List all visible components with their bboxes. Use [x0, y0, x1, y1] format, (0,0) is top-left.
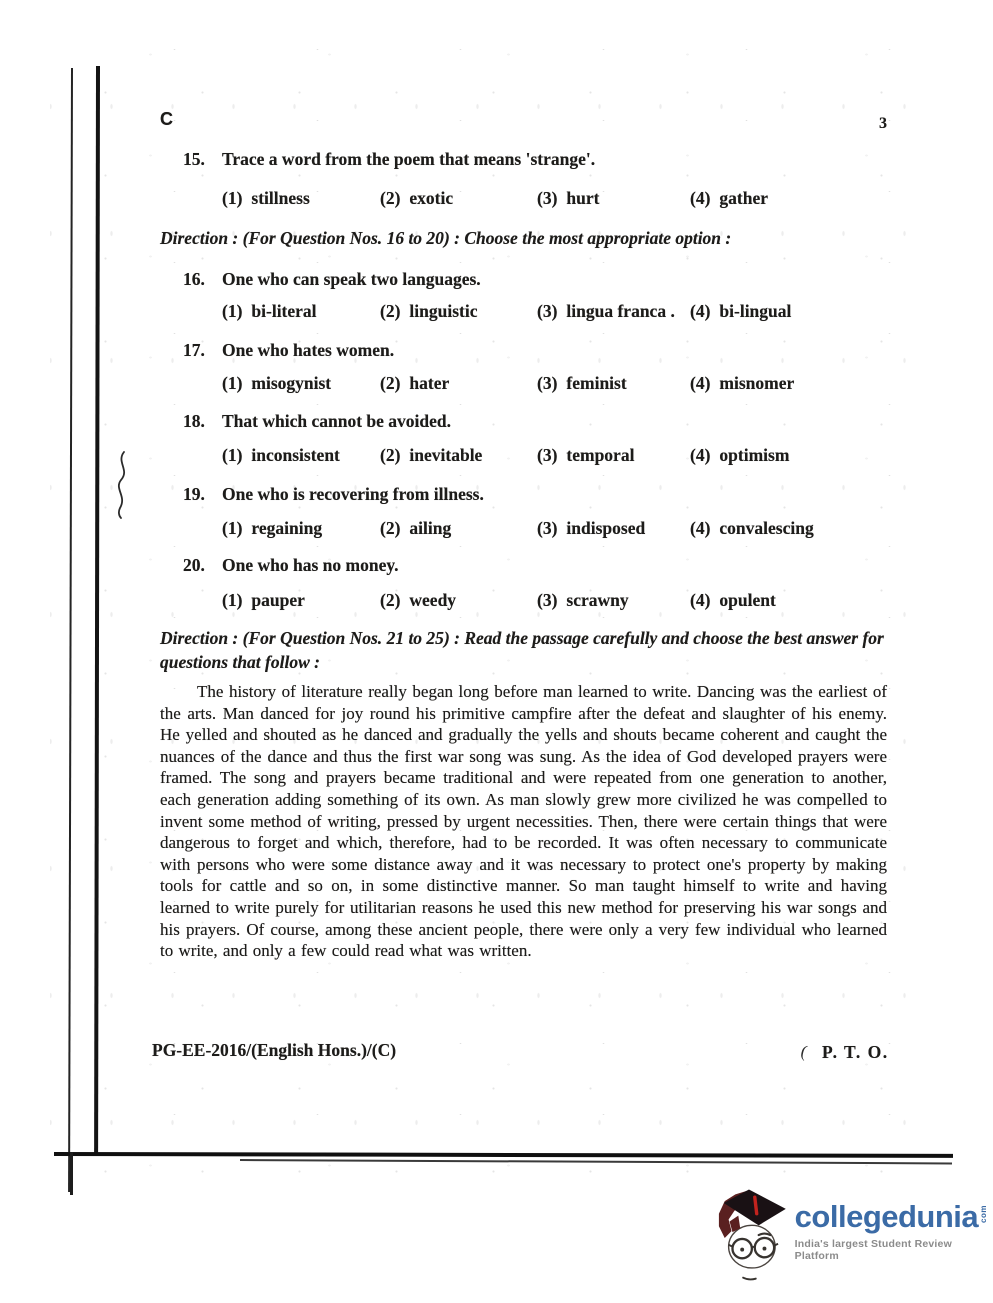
collegedunia-logo: collegedunia com India's largest Student…	[716, 1186, 993, 1286]
option: (1)bi-literal	[222, 300, 380, 322]
option: (4)convalescing	[690, 517, 922, 539]
option-marker: (1)	[222, 300, 242, 322]
direction-pre: (For Question Nos.	[238, 628, 386, 648]
option: (3)temporal	[537, 444, 690, 466]
question-row-15: 15. Trace a word from the poem that mean…	[183, 148, 923, 170]
option: (4)opulent	[690, 589, 922, 611]
option-marker: (4)	[690, 372, 710, 394]
direction-pre: (For Question Nos.	[238, 228, 386, 248]
booklet-code: PG-EE-2016/(English Hons.)/(C)	[152, 1040, 396, 1061]
question-number: 15.	[183, 148, 222, 170]
option: (3)indisposed	[537, 517, 690, 539]
option-marker: (3)	[537, 300, 557, 322]
option-label: optimism	[719, 444, 789, 466]
question-number: 20.	[183, 554, 222, 576]
option-label: weedy	[409, 589, 456, 611]
question-text: One who hates women.	[222, 339, 394, 361]
question-row-17: 17. One who hates women.	[183, 339, 923, 361]
scan-border-left-thin	[68, 68, 73, 1192]
option-marker: (2)	[380, 300, 400, 322]
page-number: 3	[879, 115, 887, 133]
question-options-15: (1)stillness (2)exotic (3)hurt (4)gather	[222, 187, 922, 209]
scan-border-bottom	[54, 1152, 953, 1158]
option: (2)exotic	[380, 187, 537, 209]
question-row-20: 20. One who has no money.	[183, 554, 923, 576]
direction-paragraph-21-25: Direction : (For Question Nos. 21 to 25)…	[160, 627, 910, 674]
option-marker: (4)	[690, 517, 710, 539]
collegedunia-mascot-icon	[716, 1186, 790, 1286]
option: (2)linguistic	[380, 300, 537, 322]
scan-border-bottom-left-stub	[70, 1152, 73, 1195]
question-options-20: (1)pauper (2)weedy (3)scrawny (4)opulent	[222, 589, 922, 611]
option-marker: (1)	[222, 372, 242, 394]
option-label: gather	[719, 187, 768, 209]
pen-mark-artifact	[110, 450, 136, 520]
option: (1)inconsistent	[222, 444, 380, 466]
option-label: bi-lingual	[719, 300, 791, 322]
question-row-18: 18. That which cannot be avoided.	[183, 410, 923, 432]
option: (2)weedy	[380, 589, 537, 611]
option-marker: (4)	[690, 589, 710, 611]
option-label: pauper	[251, 589, 304, 611]
option: (2)ailing	[380, 517, 537, 539]
option: (2)inevitable	[380, 444, 537, 466]
question-row-16: 16. One who can speak two languages.	[183, 268, 923, 290]
option: (2)hater	[380, 372, 537, 394]
option-marker: (1)	[222, 444, 242, 466]
question-text: That which cannot be avoided.	[222, 410, 451, 432]
option: (1)misogynist	[222, 372, 380, 394]
pto-label: P. T. O.	[822, 1042, 889, 1063]
option: (4)misnomer	[690, 372, 922, 394]
option-marker: (3)	[537, 444, 557, 466]
option-marker: (2)	[380, 517, 400, 539]
option-marker: (3)	[537, 589, 557, 611]
question-number: 17.	[183, 339, 222, 361]
option: (3)scrawny	[537, 589, 690, 611]
option-label: misogynist	[251, 372, 331, 394]
option-label: hurt	[566, 187, 599, 209]
option: (4)gather	[690, 187, 922, 209]
option: (4)optimism	[690, 444, 922, 466]
logo-tagline: India's largest Student Review Platform	[795, 1238, 993, 1262]
option-marker: (1)	[222, 187, 242, 209]
brand-wordmark: collegedunia	[795, 1202, 978, 1232]
option-marker: (3)	[537, 517, 557, 539]
option-label: ailing	[409, 517, 451, 539]
option-label: indisposed	[566, 517, 645, 539]
option: (3)lingua franca .	[537, 300, 690, 322]
question-options-16: (1)bi-literal (2)linguistic (3)lingua fr…	[222, 300, 922, 322]
option-marker: (4)	[690, 187, 710, 209]
option: (4)bi-lingual	[690, 300, 922, 322]
option-marker: (3)	[537, 187, 557, 209]
option-marker: (4)	[690, 300, 710, 322]
direction-paragraph-16-20: Direction : (For Question Nos. 16 to 20)…	[160, 227, 910, 251]
option-label: temporal	[566, 444, 634, 466]
reading-passage: The history of literature really began l…	[160, 681, 887, 962]
question-number: 18.	[183, 410, 222, 432]
direction-lead: Direction :	[160, 228, 238, 248]
scan-border-bottom-secondary	[240, 1159, 952, 1164]
option-label: exotic	[409, 187, 453, 209]
option-label: scrawny	[566, 589, 628, 611]
option-label: opulent	[719, 589, 775, 611]
direction-range: 21 to 25	[387, 628, 444, 648]
brand-tld: com	[979, 1205, 988, 1223]
option: (1)regaining	[222, 517, 380, 539]
pen-mark-before-pto: (	[799, 1042, 809, 1063]
question-text: One who is recovering from illness.	[222, 483, 484, 505]
option-marker: (2)	[380, 589, 400, 611]
scanned-exam-page: C 3 15. Trace a word from the poem that …	[0, 0, 993, 1303]
direction-range: 16 to 20	[387, 228, 444, 248]
question-row-19: 19. One who is recovering from illness.	[183, 483, 923, 505]
option: (3)feminist	[537, 372, 690, 394]
question-text: One who can speak two languages.	[222, 268, 481, 290]
option-label: regaining	[251, 517, 322, 539]
direction-lead: Direction :	[160, 628, 238, 648]
option-marker: (1)	[222, 517, 242, 539]
option-label: linguistic	[409, 300, 477, 322]
question-text: Trace a word from the poem that means 's…	[222, 148, 595, 170]
question-options-19: (1)regaining (2)ailing (3)indisposed (4)…	[222, 517, 922, 539]
option-label: bi-literal	[251, 300, 316, 322]
scan-border-left-thick	[94, 66, 100, 1155]
option-marker: (4)	[690, 444, 710, 466]
option-marker: (2)	[380, 372, 400, 394]
option-label: hater	[409, 372, 449, 394]
option-label: convalescing	[719, 517, 813, 539]
option-label: feminist	[566, 372, 626, 394]
question-options-17: (1)misogynist (2)hater (3)feminist (4)mi…	[222, 372, 922, 394]
option-marker: (1)	[222, 589, 242, 611]
option: (3)hurt	[537, 187, 690, 209]
option-marker: (2)	[380, 444, 400, 466]
option-label: misnomer	[719, 372, 794, 394]
option-label: stillness	[251, 187, 309, 209]
option: (1)stillness	[222, 187, 380, 209]
option: (1)pauper	[222, 589, 380, 611]
question-text: One who has no money.	[222, 554, 399, 576]
option-marker: (3)	[537, 372, 557, 394]
option-label: inevitable	[409, 444, 482, 466]
option-marker: (2)	[380, 187, 400, 209]
question-number: 19.	[183, 483, 222, 505]
direction-post: ) : Choose the most appropriate option :	[444, 228, 731, 248]
booklet-set-label: C	[160, 109, 173, 130]
option-label: inconsistent	[251, 444, 339, 466]
question-number: 16.	[183, 268, 222, 290]
option-label: lingua franca .	[566, 300, 674, 322]
question-options-18: (1)inconsistent (2)inevitable (3)tempora…	[222, 444, 922, 466]
